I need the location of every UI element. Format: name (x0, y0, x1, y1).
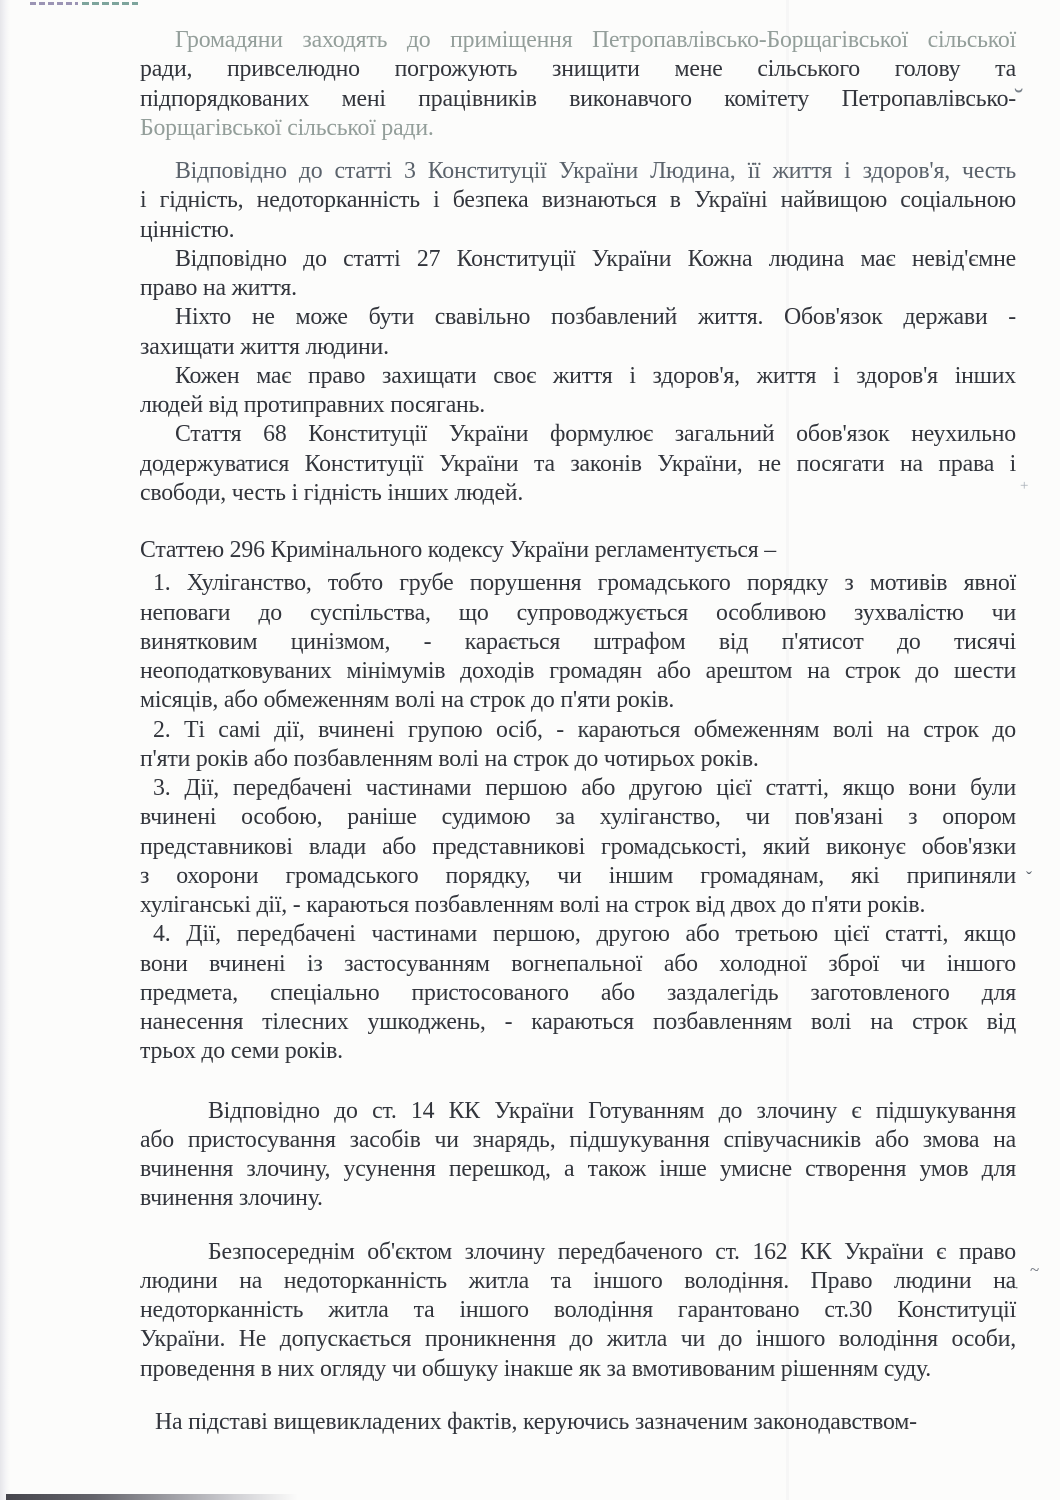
scan-artifact-top-dash (30, 2, 78, 5)
paragraph: Відповідно до статті 27 Конституції Укра… (140, 245, 1016, 304)
document-line: України. Не допускається проникнення до … (140, 1325, 1016, 1354)
document-line: представникові влади або представникові … (140, 833, 1016, 862)
document-line: хуліганські дії, - караються позбавлення… (140, 891, 1016, 920)
document-line: вони вчинені із застосуванням вогнепальн… (140, 950, 1016, 979)
document-line: місяців, або обмеженням волі на строк до… (140, 686, 1016, 715)
paragraph: Відповідно до ст. 14 КК України Готуванн… (140, 1097, 1016, 1214)
document-line: Стаття 68 Конституції України формулює з… (140, 420, 1016, 449)
document-line: неоподатковуваних мінімумів доходів гром… (140, 657, 1016, 686)
paragraph: Відповідно до статті 3 Конституції Украї… (140, 157, 1016, 245)
document-line: цінністю. (140, 216, 1016, 245)
scan-artifact-cross-mark: + (1020, 478, 1028, 495)
scan-artifact-bottom-strip (6, 1494, 298, 1500)
document-line: Відповідно до статті 3 Конституції Украї… (140, 157, 1016, 186)
document-line: Борщагівської сільської ради. (140, 114, 1016, 143)
paragraph: Громадяни заходять до приміщення Петропа… (140, 26, 1016, 143)
document-line: 4. Дії, передбачені частинами першою, др… (140, 920, 1016, 949)
scan-artifact-dots-mark: ··· (1003, 1280, 1021, 1296)
paragraph: Кожен має право захищати своє життя і зд… (140, 362, 1016, 421)
document-line: винятковим цинізмом, - карається штрафом… (140, 628, 1016, 657)
document-line: або пристосування засобів чи знарядь, пі… (140, 1126, 1016, 1155)
document-line: 1. Хуліганство, тобто грубе порушення гр… (140, 569, 1016, 598)
paragraph: Безпосереднім об'єктом злочину передбаче… (140, 1238, 1016, 1384)
document-line: предмета, спеціально пристосованого або … (140, 979, 1016, 1008)
document-line: людей від протиправних посягань. (140, 391, 1016, 420)
document-line: трьох до семи років. (140, 1037, 1016, 1066)
scan-edge-shadow (0, 0, 10, 1500)
document-line: недоторканність житла та іншого володінн… (140, 1296, 1016, 1325)
document-line: вчинення злочину, усунення перешкод, а т… (140, 1155, 1016, 1184)
paragraph: 1. Хуліганство, тобто грубе порушення гр… (140, 569, 1016, 715)
scan-artifact-tilde-mark: ~ (1030, 1260, 1039, 1280)
paragraph: Стаття 68 Конституції України формулює з… (140, 420, 1016, 508)
document-page: Громадяни заходять до приміщення Петропа… (0, 0, 1060, 1500)
document-line: 3. Дії, передбачені частинами першою або… (140, 774, 1016, 803)
document-line: Статтею 296 Кримінального кодексу Україн… (140, 536, 1016, 565)
document-line: додержуватися Конституції України та зак… (140, 450, 1016, 479)
document-line: підпорядкованих мені працівників виконав… (140, 85, 1016, 114)
document-line: вчинення злочину. (140, 1184, 1016, 1213)
document-line: людини на недоторканність житла та іншог… (140, 1267, 1016, 1296)
document-line: захищати життя людини. (140, 333, 1016, 362)
document-line: Відповідно до ст. 14 КК України Готуванн… (140, 1097, 1016, 1126)
paragraph: Ніхто не може бути свавільно позбавлений… (140, 303, 1016, 362)
scan-artifact-breve-mark: ˘ (1014, 84, 1023, 116)
document-line: і гідність, недоторканність і безпека ви… (140, 186, 1016, 215)
document-line: Ніхто не може бути свавільно позбавлений… (140, 303, 1016, 332)
document-line: з охорони громадського порядку, чи іншим… (140, 862, 1016, 891)
paragraph: 4. Дії, передбачені частинами першою, др… (140, 920, 1016, 1066)
document-line: Відповідно до статті 27 Конституції Укра… (140, 245, 1016, 274)
document-line: проведення в них огляду чи обшуку інакше… (140, 1355, 1016, 1384)
document-line: На підставі вищевикладених фактів, керую… (140, 1408, 1016, 1437)
paragraph: 2. Ті самі дії, вчинені групою осіб, - к… (140, 716, 1016, 775)
document-line: Кожен має право захищати своє життя і зд… (140, 362, 1016, 391)
document-line: Безпосереднім об'єктом злочину передбаче… (140, 1238, 1016, 1267)
text-block: Громадяни заходять до приміщення Петропа… (140, 26, 1016, 1437)
document-line: свободи, честь і гідність інших людей. (140, 479, 1016, 508)
document-line: нанесення тілесних ушкоджень, - караютьс… (140, 1008, 1016, 1037)
document-line: Громадяни заходять до приміщення Петропа… (140, 26, 1016, 55)
paragraph: Статтею 296 Кримінального кодексу Україн… (140, 536, 1016, 565)
document-line: ради, привселюдно погрожують знищити мен… (140, 55, 1016, 84)
scan-artifact-check-mark: ˇ (1026, 868, 1032, 889)
paragraph: 3. Дії, передбачені частинами першою або… (140, 774, 1016, 920)
document-line: неповаги до суспільства, що супроводжуєт… (140, 599, 1016, 628)
paragraph: На підставі вищевикладених фактів, керую… (140, 1408, 1016, 1437)
document-line: 2. Ті самі дії, вчинені групою осіб, - к… (140, 716, 1016, 745)
document-line: п'яти років або позбавленням волі на стр… (140, 745, 1016, 774)
scan-artifact-top-dash (82, 2, 138, 5)
document-line: право на життя. (140, 274, 1016, 303)
document-line: вчинені особою, раніше судимою за хуліга… (140, 803, 1016, 832)
